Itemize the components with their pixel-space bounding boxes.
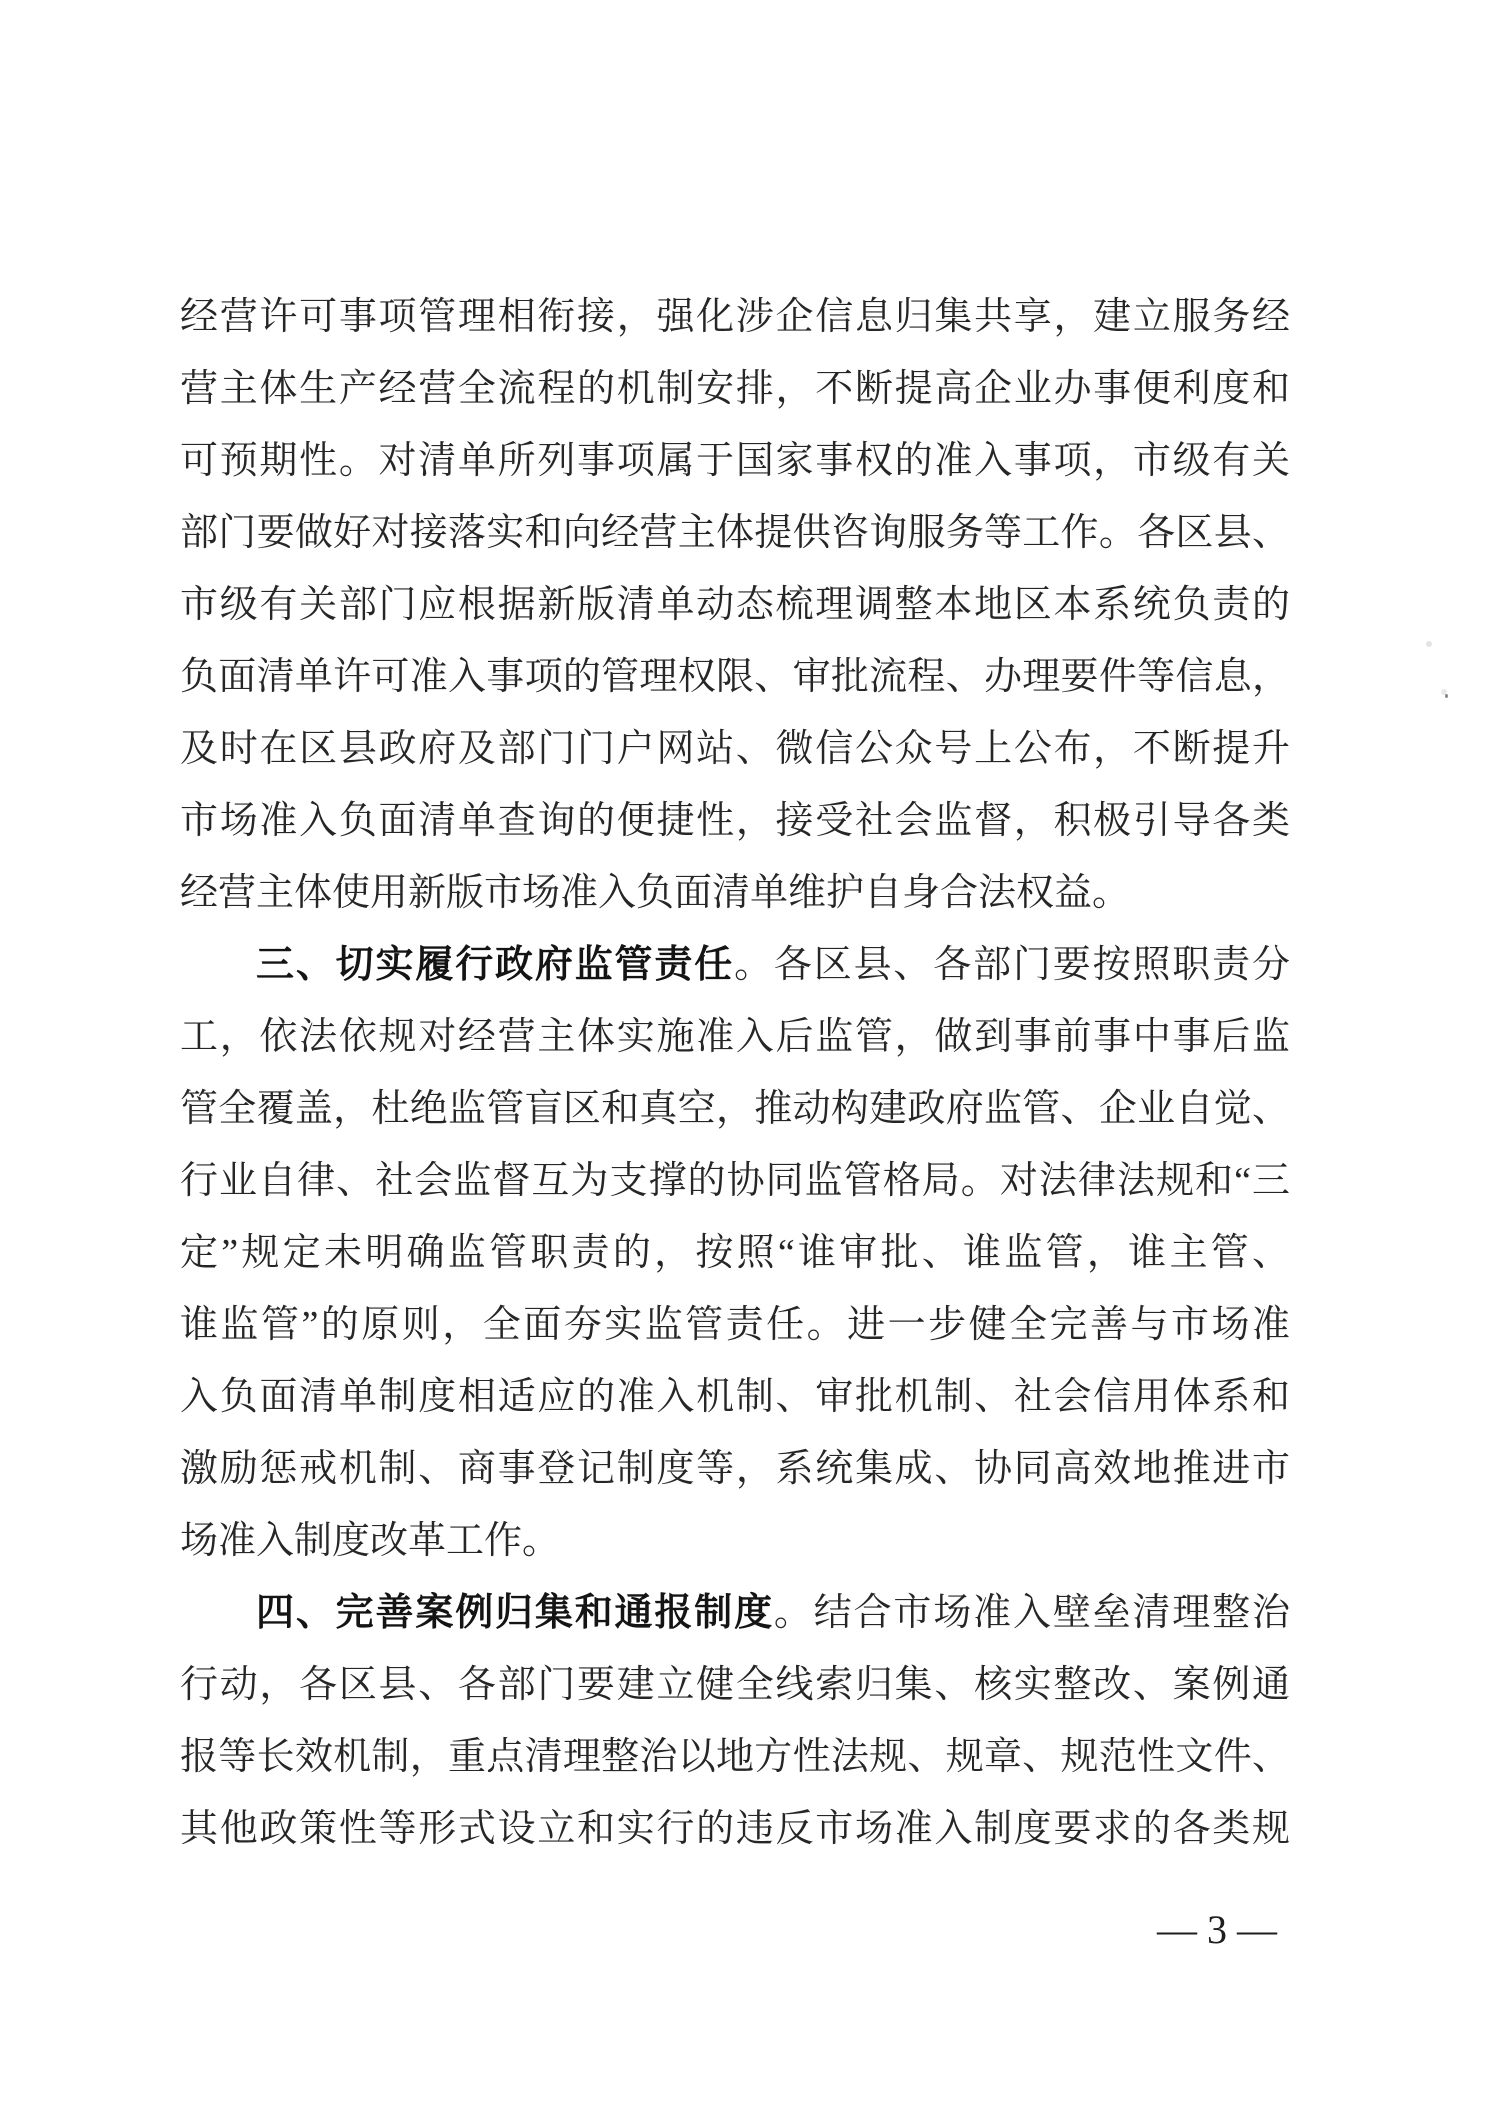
- text-line: 及时在区县政府及部门门户网站、微信公众号上公布，不断提升: [180, 713, 1290, 785]
- text-line: 激励惩戒机制、商事登记制度等，系统集成、协同高效地推进市: [180, 1433, 1290, 1505]
- body-text: 行动，各区县、各部门要建立健全线索归集、核实整改、案例通: [180, 1664, 1290, 1706]
- text-line: 部门要做好对接落实和向经营主体提供咨询服务等工作。各区县、: [180, 497, 1290, 569]
- body-text: 定”规定未明确监管职责的，按照“谁审批、谁监管，谁主管、: [180, 1232, 1290, 1274]
- page-footer: — 3 —: [180, 1894, 1290, 1966]
- body-text: 经营主体使用新版市场准入负面清单维护自身合法权益。: [180, 872, 1130, 914]
- paragraph-heading-line: 四、完善案例归集和通报制度。结合市场准入壁垒清理整治: [180, 1577, 1290, 1649]
- text-line: 行业自律、社会监督互为支撑的协同监管格局。对法律法规和“三: [180, 1145, 1290, 1217]
- body-text: 。结合市场准入壁垒清理整治: [774, 1592, 1290, 1634]
- body-text: 。各区县、各部门要按照职责分: [734, 944, 1290, 986]
- text-line: 其他政策性等形式设立和实行的违反市场准入制度要求的各类规: [180, 1793, 1290, 1865]
- text-line: 入负面清单制度相适应的准入机制、审批机制、社会信用体系和: [180, 1361, 1290, 1433]
- text-line: 市场准入负面清单查询的便捷性，接受社会监督，积极引导各类: [180, 785, 1290, 857]
- text-line: 行动，各区县、各部门要建立健全线索归集、核实整改、案例通: [180, 1649, 1290, 1721]
- text-line: 可预期性。对清单所列事项属于国家事权的准入事项，市级有关: [180, 425, 1290, 497]
- body-text: 行业自律、社会监督互为支撑的协同监管格局。对法律法规和“三: [180, 1160, 1290, 1202]
- body-text: 工，依法依规对经营主体实施准入后监管，做到事前事中事后监: [180, 1016, 1290, 1058]
- body-text: 谁监管”的原则，全面夯实监管责任。进一步健全完善与市场准: [180, 1304, 1290, 1346]
- body-text: 其他政策性等形式设立和实行的违反市场准入制度要求的各类规: [180, 1808, 1290, 1850]
- scan-speck: [1445, 694, 1448, 698]
- scan-speck: [1426, 641, 1432, 647]
- body-text: 部门要做好对接落实和向经营主体提供咨询服务等工作。各区县、: [180, 512, 1290, 554]
- paragraph-heading-line: 三、切实履行政府监管责任。各区县、各部门要按照职责分: [180, 929, 1290, 1001]
- body-text: 场准入制度改革工作。: [180, 1520, 560, 1562]
- text-line: 管全覆盖，杜绝监管盲区和真空，推动构建政府监管、企业自觉、: [180, 1073, 1290, 1145]
- page-number: — 3 —: [1157, 1907, 1277, 1952]
- document-page: 经营许可事项管理相衔接，强化涉企信息归集共享，建立服务经营主体生产经营全流程的机…: [0, 0, 1488, 2104]
- body-text: 激励惩戒机制、商事登记制度等，系统集成、协同高效地推进市: [180, 1448, 1290, 1490]
- body-text: 营主体生产经营全流程的机制安排，不断提高企业办事便利度和: [180, 368, 1290, 410]
- text-line: 市级有关部门应根据新版清单动态梳理调整本地区本系统负责的: [180, 569, 1290, 641]
- body-text: 市场准入负面清单查询的便捷性，接受社会监督，积极引导各类: [180, 800, 1290, 842]
- text-line: 场准入制度改革工作。: [180, 1505, 1290, 1577]
- section-heading-text: 四、完善案例归集和通报制度: [256, 1592, 774, 1634]
- section-heading-text: 三、切实履行政府监管责任: [256, 944, 734, 986]
- text-line: 负面清单许可准入事项的管理权限、审批流程、办理要件等信息，: [180, 641, 1290, 713]
- text-line: 工，依法依规对经营主体实施准入后监管，做到事前事中事后监: [180, 1001, 1290, 1073]
- body-text: 市级有关部门应根据新版清单动态梳理调整本地区本系统负责的: [180, 584, 1290, 626]
- body-text: 可预期性。对清单所列事项属于国家事权的准入事项，市级有关: [180, 440, 1290, 482]
- body-text: 管全覆盖，杜绝监管盲区和真空，推动构建政府监管、企业自觉、: [180, 1088, 1290, 1130]
- text-line: 谁监管”的原则，全面夯实监管责任。进一步健全完善与市场准: [180, 1289, 1290, 1361]
- body-text: 经营许可事项管理相衔接，强化涉企信息归集共享，建立服务经: [180, 296, 1290, 338]
- body-text: 报等长效机制，重点清理整治以地方性法规、规章、规范性文件、: [180, 1736, 1290, 1778]
- text-line: 定”规定未明确监管职责的，按照“谁审批、谁监管，谁主管、: [180, 1217, 1290, 1289]
- text-line: 营主体生产经营全流程的机制安排，不断提高企业办事便利度和: [180, 353, 1290, 425]
- text-line: 经营主体使用新版市场准入负面清单维护自身合法权益。: [180, 857, 1290, 929]
- body-text: 及时在区县政府及部门门户网站、微信公众号上公布，不断提升: [180, 728, 1290, 770]
- body-text: 入负面清单制度相适应的准入机制、审批机制、社会信用体系和: [180, 1376, 1290, 1418]
- document-body: 经营许可事项管理相衔接，强化涉企信息归集共享，建立服务经营主体生产经营全流程的机…: [180, 281, 1290, 1865]
- text-line: 报等长效机制，重点清理整治以地方性法规、规章、规范性文件、: [180, 1721, 1290, 1793]
- text-line: 经营许可事项管理相衔接，强化涉企信息归集共享，建立服务经: [180, 281, 1290, 353]
- body-text: 负面清单许可准入事项的管理权限、审批流程、办理要件等信息，: [180, 656, 1290, 698]
